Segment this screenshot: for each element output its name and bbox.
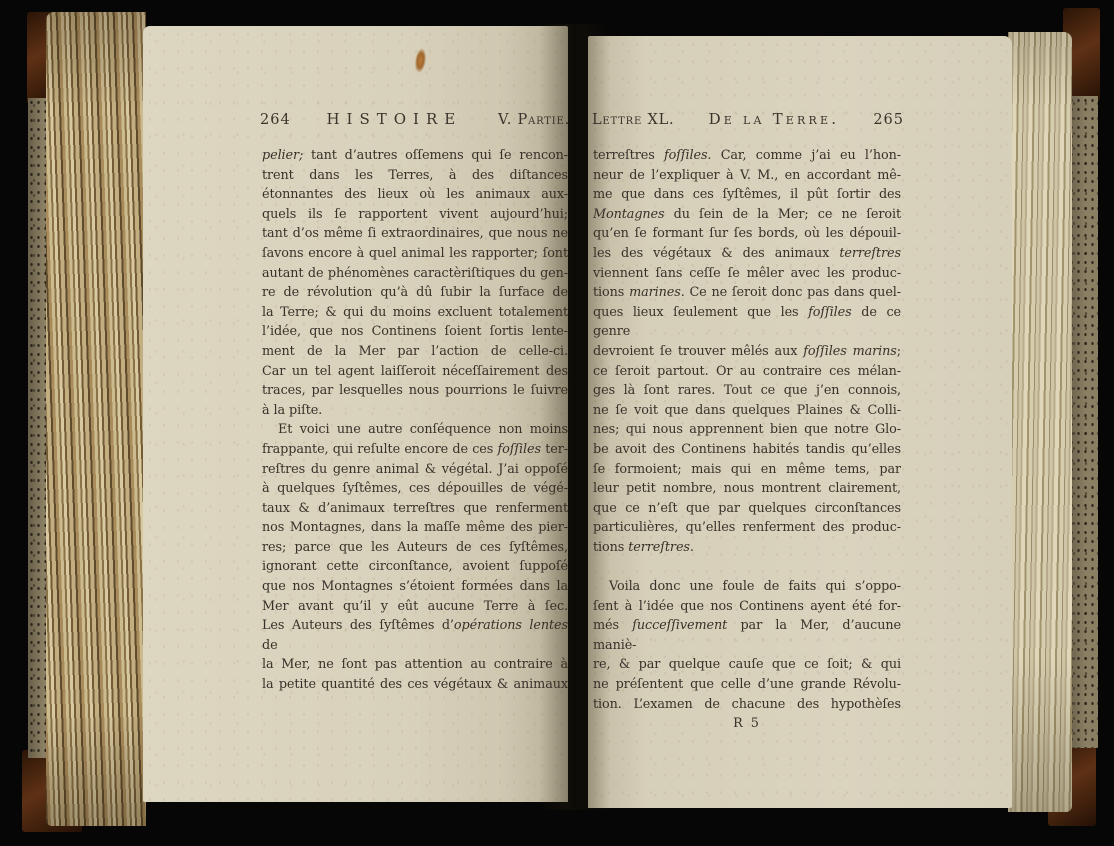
text-line: ignorant cette circonſtance, avoient ſup…	[262, 557, 568, 577]
text-line: reſtres du genre animal & végétal. J’ai …	[262, 460, 568, 480]
cover-board-right	[1068, 96, 1098, 748]
text-line: tant d’os même ſi extraordinaires, que n…	[262, 224, 568, 244]
text-line: traces, par lesquelles nous pourrions le…	[262, 381, 568, 401]
text-line: res; parce que les Auteurs de ces ſyſtêm…	[262, 538, 568, 558]
text-line: frappante, qui reſulte encore de ces foſ…	[262, 440, 568, 460]
text-line: ges là ſont rares. Tout ce que j’en conn…	[593, 381, 901, 401]
text-line: més ſucceſſivement par la Mer, d’aucune …	[593, 616, 901, 655]
right-running-header: Lettre XL. De la Terre. 265	[592, 110, 904, 128]
text-line: terreſtres foſſiles. Car, comme j’ai eu …	[593, 146, 901, 166]
text-line: Voila donc une foule de faits qui s’oppo…	[593, 577, 901, 597]
text-line: re de révolution qu’à dû ſubir la ſurfac…	[262, 283, 568, 303]
text-line: qu’en ſe formant ſur ſes bords, où les d…	[593, 224, 901, 244]
text-line: trent dans les Terres, à des diſtances	[262, 166, 568, 186]
text-line: ne préſentent que celle d’une grande Rév…	[593, 675, 901, 695]
text-line: taux & d’animaux terreſtres que renferme…	[262, 499, 568, 519]
left-page-text: pelier; tant d’autres oſſemens qui ſe re…	[262, 146, 568, 695]
right-header-letter: Lettre XL.	[592, 112, 674, 128]
signature-mark: R 5	[593, 714, 901, 734]
text-line: viennent ſans ceſſe ſe mêler avec les pr…	[593, 264, 901, 284]
text-line: ques lieux ſeulement que les foſſiles de…	[593, 303, 901, 342]
left-header-title: HISTOIRE	[326, 110, 462, 128]
text-line: l’idée, que nos Continens ſoient ſortis …	[262, 322, 568, 342]
text-line: ne ſe voit que dans quelques Plaines & C…	[593, 401, 901, 421]
text-line: nes; qui nous apprennent bien que notre …	[593, 420, 901, 440]
text-line: que nos Montagnes s’étoient formées dans…	[262, 577, 568, 597]
text-line: la Terre; & qui du moins excluent totale…	[262, 303, 568, 323]
text-line: autant de phénomènes caractèriſtiques du…	[262, 264, 568, 284]
left-running-header: 264 HISTOIRE V. Partie.	[260, 110, 570, 128]
right-page-number: 265	[873, 112, 904, 128]
text-line: ſe formoient; mais qui en même tems, par	[593, 460, 901, 480]
text-line: la Mer, ne ſont pas attention au contrai…	[262, 655, 568, 675]
text-line: be avoit des Continens habités tandis qu…	[593, 440, 901, 460]
right-page-text: terreſtres foſſiles. Car, comme j’ai eu …	[593, 146, 901, 734]
text-line: pelier; tant d’autres oſſemens qui ſe re…	[262, 146, 568, 166]
text-line: ſavons encore à quel animal les rapporte…	[262, 244, 568, 264]
page-edges-right	[1008, 32, 1072, 812]
text-line: ment de la Mer par l’action de celle-ci.	[262, 342, 568, 362]
text-line: tions terreſtres.	[593, 538, 901, 558]
text-line: leur petit nombre, nous montrent clairem…	[593, 479, 901, 499]
right-page: Lettre XL. De la Terre. 265 terreſtres f…	[588, 36, 1012, 808]
text-line: tion. L’examen de chacune des hypothèſes	[593, 695, 901, 715]
left-page: 264 HISTOIRE V. Partie. pelier; tant d’a…	[143, 26, 568, 802]
book-photograph: 264 HISTOIRE V. Partie. pelier; tant d’a…	[0, 0, 1114, 846]
left-page-number: 264	[260, 112, 291, 128]
text-line: Montagnes du ſein de la Mer; ce ne ſeroi…	[593, 205, 901, 225]
text-line: ſent à l’idée que nos Continens ayent ét…	[593, 597, 901, 617]
text-line: la petite quantité des ces végétaux & an…	[262, 675, 568, 695]
text-line: tions marines. Ce ne ſeroit donc pas dan…	[593, 283, 901, 303]
right-header-title: De la Terre.	[709, 110, 840, 128]
text-line: étonnantes des lieux où les animaux aux-	[262, 185, 568, 205]
text-line: ce ſeroit partout. Or au contraire ces m…	[593, 362, 901, 382]
text-line: que ce n’eſt que par quelques circonſtan…	[593, 499, 901, 519]
text-line: me que dans ces ſyſtêmes, il pût ſortir …	[593, 185, 901, 205]
text-line: quels ils ſe rapportent vivent aujourd’h…	[262, 205, 568, 225]
text-line: re, & par quelque cauſe que ce ſoit; & q…	[593, 655, 901, 675]
text-line: particulières, qu’elles renferment des p…	[593, 518, 901, 538]
text-line: neur de l’expliquer à V. M., en accordan…	[593, 166, 901, 186]
text-line: à la piſte.	[262, 401, 568, 421]
text-line: nos Montagnes, dans la maſſe même des pi…	[262, 518, 568, 538]
text-line: devroient ſe trouver mêlés aux foſſiles …	[593, 342, 901, 362]
text-line: Car un tel agent laiſſeroit néceſſaireme…	[262, 362, 568, 382]
page-stain	[413, 47, 427, 73]
text-line: à quelques ſyſtêmes, ces dépouilles de v…	[262, 479, 568, 499]
text-line: Et voici une autre conſéquence non moins	[262, 420, 568, 440]
text-line: Mer avant qu’il y eût aucune Terre à ſec…	[262, 597, 568, 617]
text-line: les des végétaux & des animaux terreſtre…	[593, 244, 901, 264]
page-edges-left	[46, 12, 146, 826]
left-header-section: V. Partie.	[498, 112, 570, 128]
text-line: Les Auteurs des ſyſtêmes d’opérations le…	[262, 616, 568, 655]
